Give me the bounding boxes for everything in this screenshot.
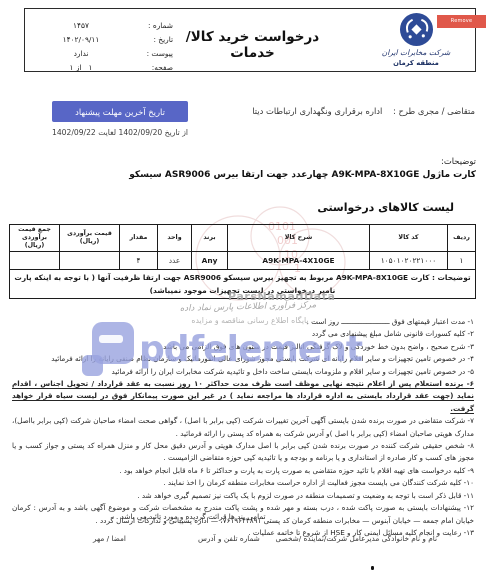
field-number: شماره : ۱۴۵۷ — [39, 18, 173, 32]
purchase-request-document: شرکت مخابرات ایران منطقه کرمان درخواست خ… — [0, 0, 486, 576]
table-footnote-row: توضیحات : کارت A9K-MPA-8X10GE مربوط به ت… — [10, 270, 476, 299]
cell-radif: ۱ — [448, 252, 476, 270]
cell-qty: ۴ — [120, 252, 158, 270]
col-total: جمع قیمت برآوردی (ریال) — [10, 225, 60, 252]
term-item: ۳- شرح صحیح ، واضح بدون خط خوردگی و لاک … — [12, 341, 474, 353]
deadline-button[interactable]: تاریخ آخرین مهلت پیشنهاد — [52, 101, 188, 122]
term-item: ۲- کلیه کسورات قانونی شامل مبلغ پیشنهادی… — [12, 328, 474, 340]
document-header: شرکت مخابرات ایران منطقه کرمان درخواست خ… — [24, 8, 476, 72]
term-item: ۱۳- رعایت و انجام کلیه مسائل ایمنی کار و… — [12, 527, 474, 539]
table-header-row: ردیف کد کالا شرح کالا برند واحد مقدار قی… — [10, 225, 476, 252]
col-radif: ردیف — [448, 225, 476, 252]
confirmation-note: تمامی بند ها قرائت گردیده و مورد تائید م… — [116, 512, 266, 521]
notes-text: کارت ماژول A9K-MPA-8X10GE چهارعدد جهت ار… — [20, 170, 476, 180]
col-brand: برند — [192, 225, 228, 252]
table-row: ۱ ۱۰۵۰۱۰۲۰۲۲۱۰۰۰ A9K-MPA-4X10GE Any عدد … — [10, 252, 476, 270]
term-item: ۸- شخص حقیقی شرکت کننده در صورت برنده شد… — [12, 440, 474, 465]
terms-list: ۱- مدت اعتبار قیمتهای فوق ــــــــــــــ… — [12, 316, 474, 539]
items-table: ردیف کد کالا شرح کالا برند واحد مقدار قی… — [9, 224, 476, 299]
col-qty: مقدار — [120, 225, 158, 252]
term-item: ۱- مدت اعتبار قیمتهای فوق ــــــــــــــ… — [12, 316, 474, 328]
field-date: تاریخ : ۱۴۰۲/۰۹/۱۱ — [39, 32, 173, 46]
cell-desc: A9K-MPA-4X10GE — [228, 252, 370, 270]
table-footnote: توضیحات : کارت A9K-MPA-8X10GE مربوط به ت… — [10, 270, 476, 299]
org-region: منطقه کرمان — [379, 59, 453, 67]
org-name: شرکت مخابرات ایران — [379, 48, 453, 57]
remove-watermark-ribbon[interactable]: Remove Watermark Now — [437, 15, 486, 28]
term-item: ۷- شرکت متقاضی در صورت برنده شدن بایستی … — [12, 415, 474, 440]
field-attachment: پیوست : ندارد — [39, 46, 173, 60]
parsnamad-watermark-line1: مرکز فرآوری اطلاعات پارس نماد داده — [168, 300, 328, 314]
field-page: صفحه: ۱ از ۱ — [39, 60, 173, 74]
term-item: ۱۰- کلیه شرکت کنندگان می بایست مجوز فعال… — [12, 477, 474, 489]
term-item: ۹- کلیه درخواست های تهیه اقلام با تائید … — [12, 465, 474, 477]
deadline-range: از تاریخ 1402/09/20 لغایت 1402/09/22 — [26, 128, 214, 137]
col-code: کد کالا — [370, 225, 448, 252]
applicant-label: متقاضی / مجری طرح : — [393, 106, 475, 116]
col-price: قیمت برآوردی (ریال) — [60, 225, 120, 252]
cell-total — [10, 252, 60, 270]
cell-brand: Any — [192, 252, 228, 270]
applicant-value: اداره برقراری ونگهداری ارتباطات دیتا — [252, 106, 382, 116]
header-fields: شماره : ۱۴۵۷ تاریخ : ۱۴۰۲/۰۹/۱۱ پیوست : … — [39, 18, 173, 74]
term-item: ۱۱- قابل ذکر است با توجه به وضعیت و تصمی… — [12, 490, 474, 502]
term-item: ۵- در خصوص تامین تجهیزات و سایر اقلام و … — [12, 366, 474, 378]
applicant-line: متقاضی / مجری طرح : اداره برقراری ونگهدا… — [252, 106, 475, 116]
cell-price — [60, 252, 120, 270]
col-desc: شرح کالا — [228, 225, 370, 252]
tci-logo-icon — [399, 12, 434, 47]
cell-code: ۱۰۵۰۱۰۲۰۲۲۱۰۰۰ — [370, 252, 448, 270]
notes-label: توضیحات: — [441, 156, 476, 166]
page-title: درخواست خرید کالا/خدمات — [185, 29, 320, 61]
items-section-title: لیست کالاهای درخواستی — [317, 201, 454, 214]
cell-unit: عدد — [158, 252, 192, 270]
term-item: ۶- برنده استعلام پس از اعلام نتیجه نهایی… — [12, 378, 474, 415]
col-unit: واحد — [158, 225, 192, 252]
term-item: ۴- در خصوص تامین تجهیزات و سایر اقلام را… — [12, 353, 474, 365]
scan-artifact-dot — [371, 566, 374, 570]
